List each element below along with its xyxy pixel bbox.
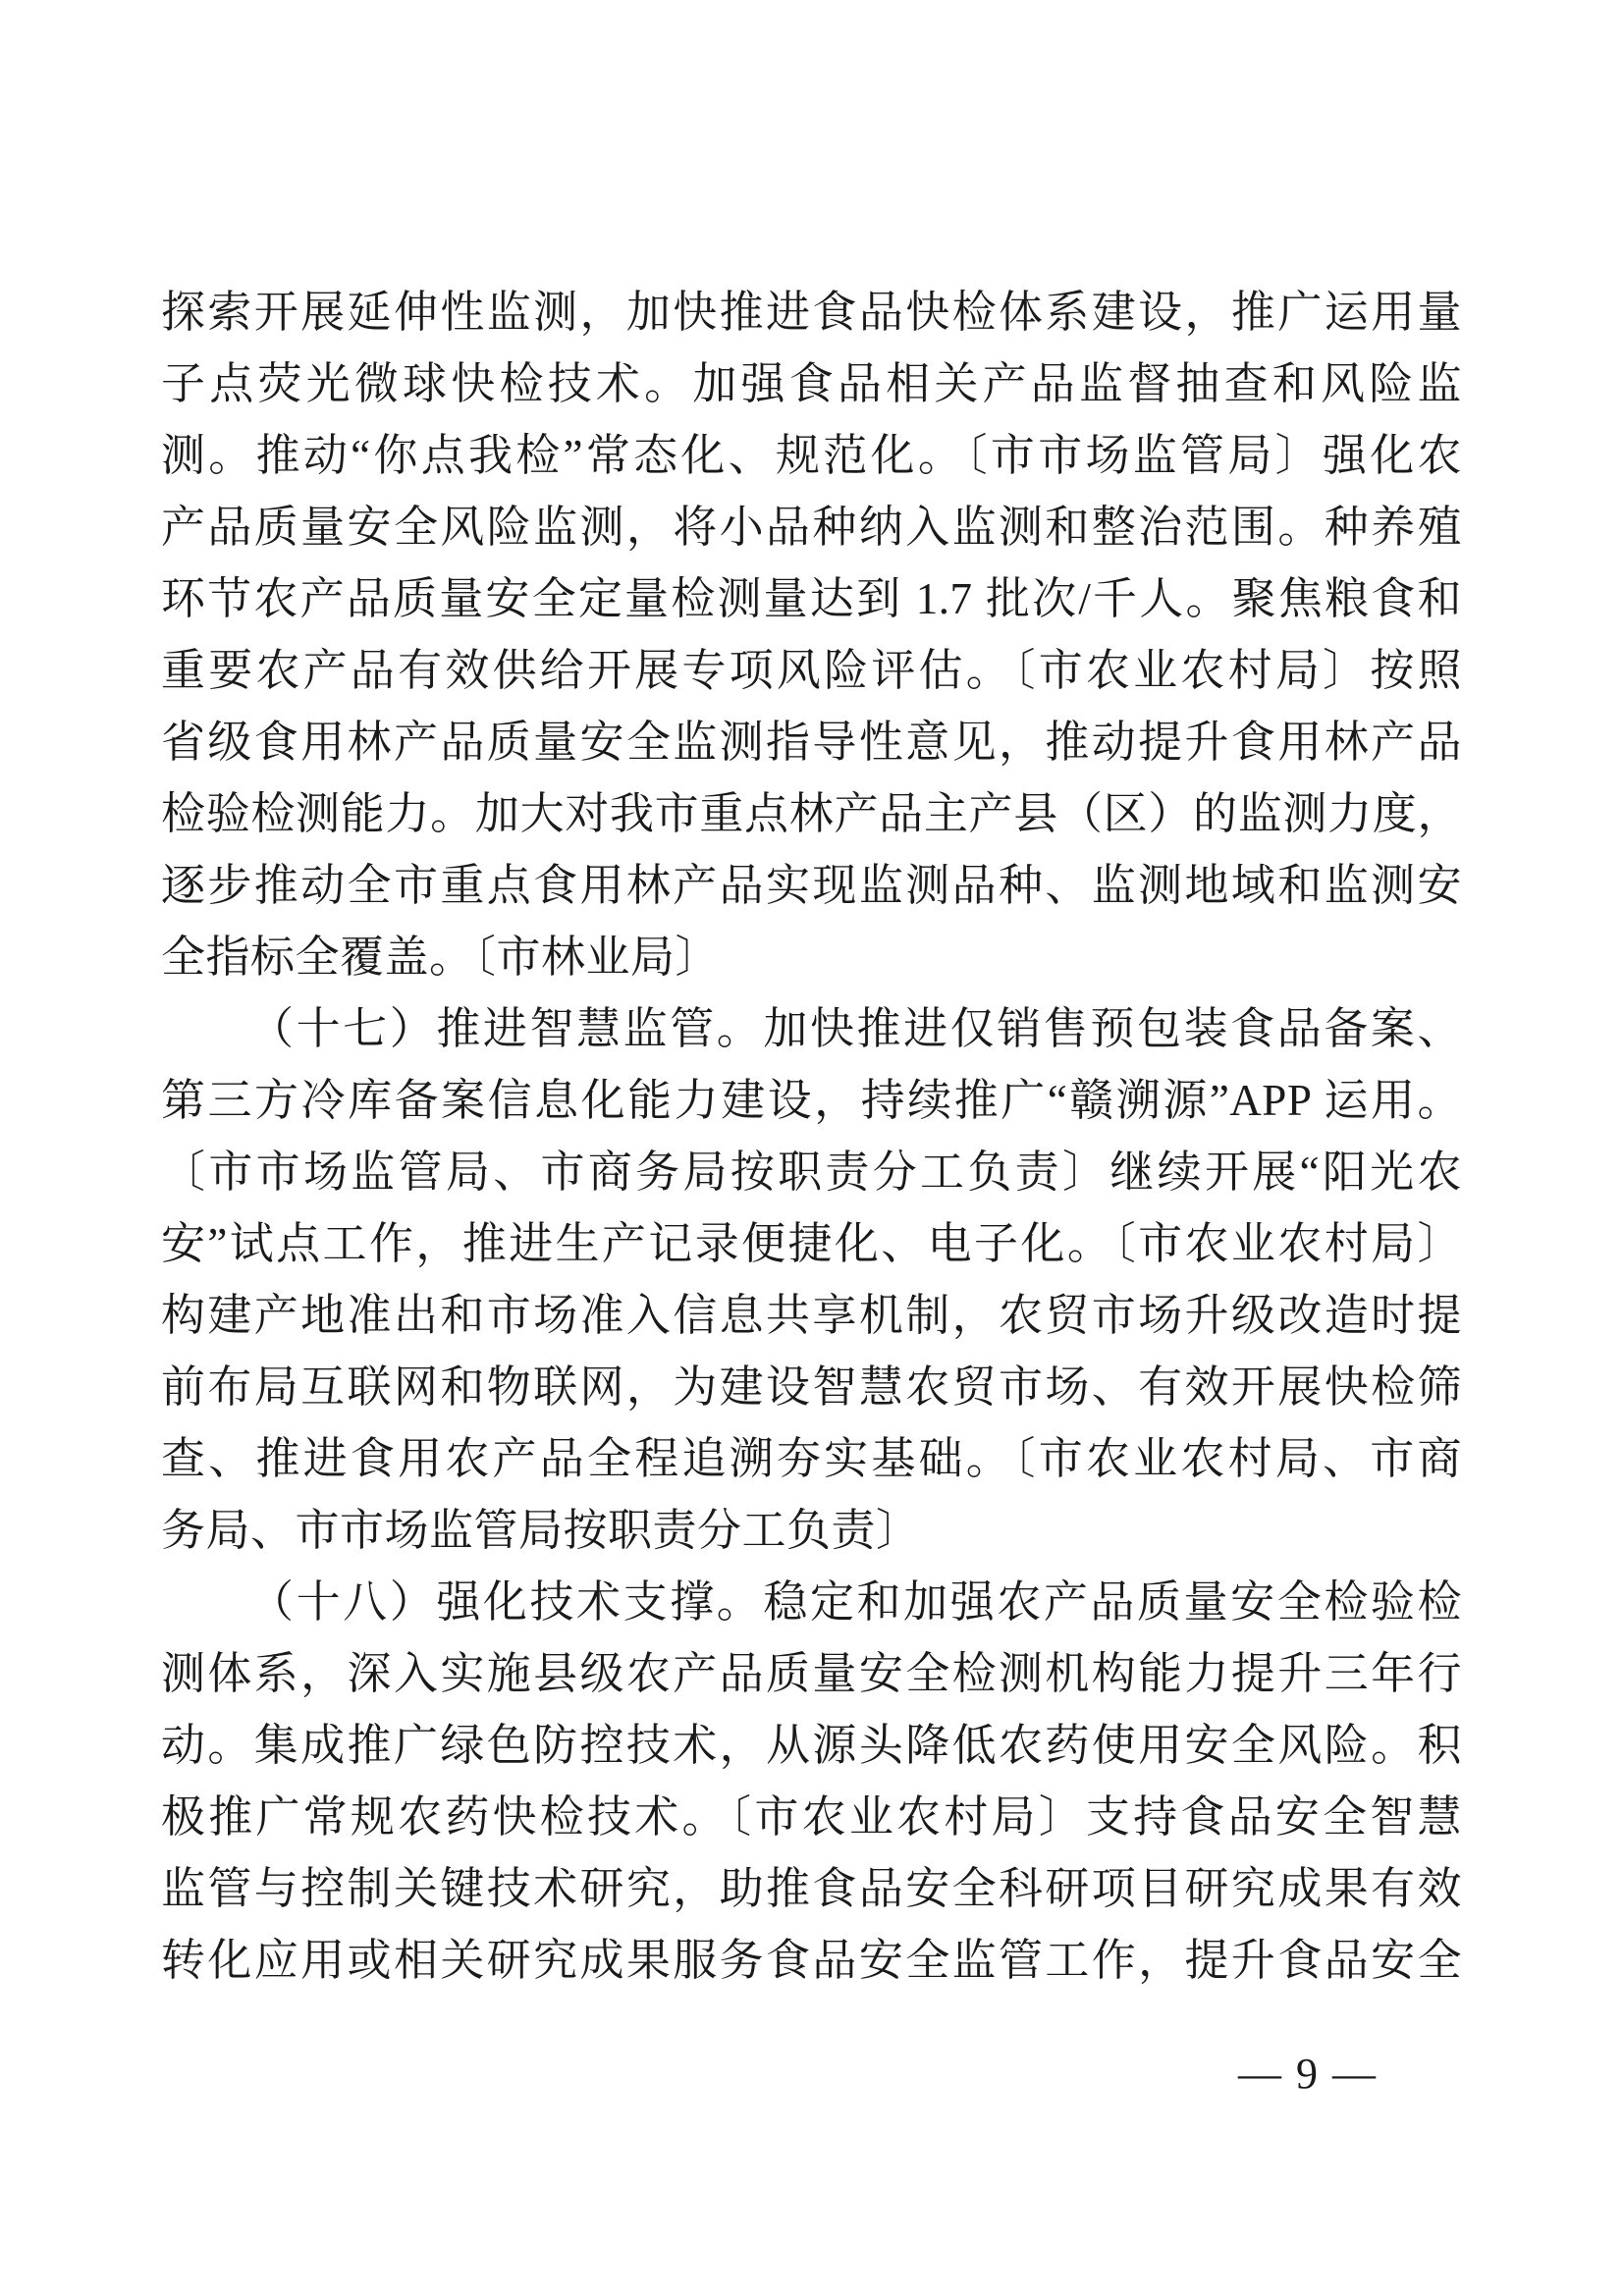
text-line: 〔市市场监管局、市商务局按职责分工负责〕继续开展“阳光农	[161, 1137, 1462, 1208]
text-line: （十八）强化技术支撑。稳定和加强农产品质量安全检验检	[161, 1567, 1462, 1638]
text-line: 逐步推动全市重点食用林产品实现监测品种、监测地域和监测安	[161, 850, 1462, 922]
text-line: 查、推进食用农产品全程追溯夯实基础。〔市农业农村局、市商	[161, 1423, 1462, 1495]
page-number: — 9 —	[1238, 2050, 1378, 2099]
text-line: 动。集成推广绿色防控技术，从源头降低农药使用安全风险。积	[161, 1710, 1462, 1782]
text-line: 监管与控制关键技术研究，助推食品安全科研项目研究成果有效	[161, 1853, 1462, 1925]
text-line: 务局、市市场监管局按职责分工负责〕	[161, 1495, 1462, 1567]
text-line: 环节农产品质量安全定量检测量达到 1.7 批次/千人。聚焦粮食和	[161, 563, 1462, 635]
text-line: 极推广常规农药快检技术。〔市农业农村局〕支持食品安全智慧	[161, 1782, 1462, 1853]
text-line: 测。推动“你点我检”常态化、规范化。〔市市场监管局〕强化农	[161, 420, 1462, 492]
text-line: 子点荧光微球快检技术。加强食品相关产品监督抽查和风险监	[161, 348, 1462, 420]
text-line: 测体系，深入实施县级农产品质量安全检测机构能力提升三年行	[161, 1638, 1462, 1710]
document-body: 探索开展延伸性监测，加快推进食品快检体系建设，推广运用量子点荧光微球快检技术。加…	[161, 277, 1462, 1997]
text-line: 安”试点工作，推进生产记录便捷化、电子化。〔市农业农村局〕	[161, 1208, 1462, 1280]
text-line: （十七）推进智慧监管。加快推进仅销售预包装食品备案、	[161, 993, 1462, 1065]
text-line: 重要农产品有效供给开展专项风险评估。〔市农业农村局〕按照	[161, 635, 1462, 707]
text-line: 产品质量安全风险监测，将小品种纳入监测和整治范围。种养殖	[161, 492, 1462, 563]
text-line: 检验检测能力。加大对我市重点林产品主产县（区）的监测力度，	[161, 778, 1462, 850]
text-line: 第三方冷库备案信息化能力建设，持续推广“赣溯源”APP 运用。	[161, 1065, 1462, 1137]
text-line: 探索开展延伸性监测，加快推进食品快检体系建设，推广运用量	[161, 277, 1462, 348]
document-page: 探索开展延伸性监测，加快推进食品快检体系建设，推广运用量子点荧光微球快检技术。加…	[0, 0, 1623, 2296]
text-line: 省级食用林产品质量安全监测指导性意见，推动提升食用林产品	[161, 707, 1462, 778]
text-line: 全指标全覆盖。〔市林业局〕	[161, 922, 1462, 993]
text-line: 构建产地准出和市场准入信息共享机制，农贸市场升级改造时提	[161, 1280, 1462, 1352]
text-line: 转化应用或相关研究成果服务食品安全监管工作，提升食品安全	[161, 1925, 1462, 1997]
text-line: 前布局互联网和物联网，为建设智慧农贸市场、有效开展快检筛	[161, 1352, 1462, 1423]
